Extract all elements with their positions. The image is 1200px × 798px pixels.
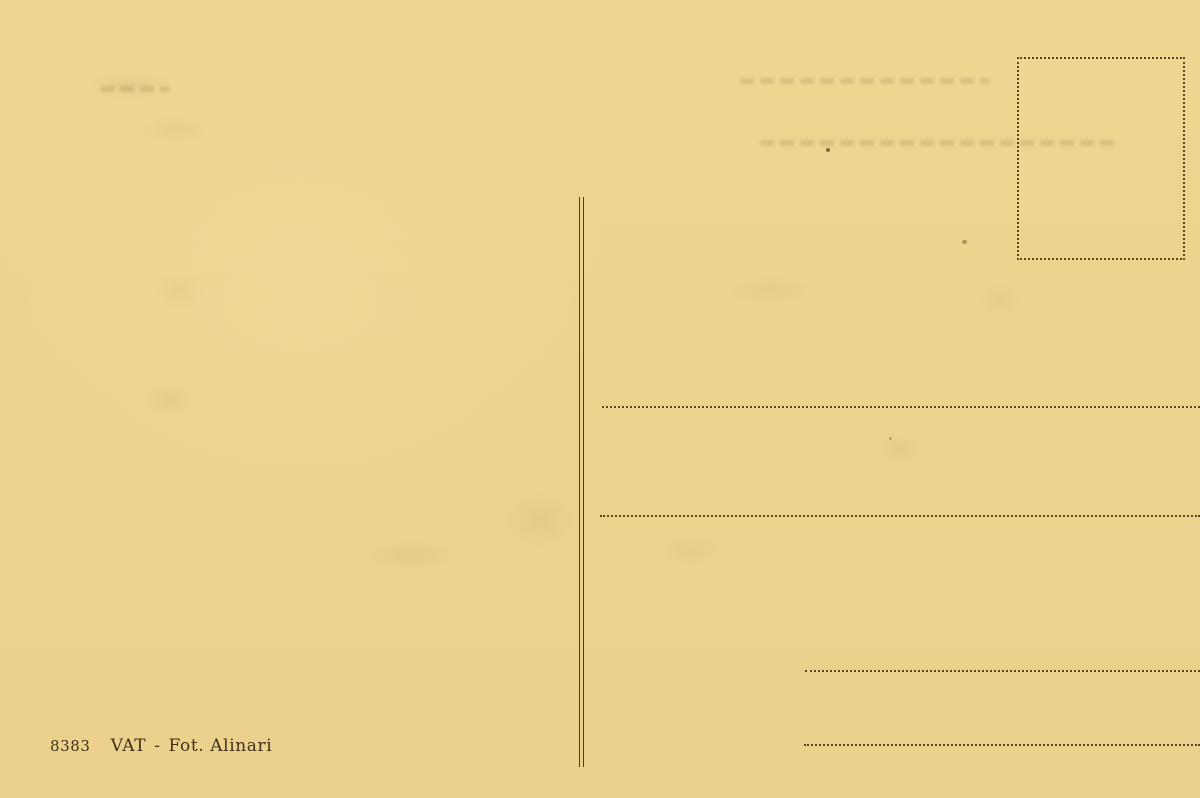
catalog-number: 8383 bbox=[50, 737, 91, 755]
center-divider-line bbox=[579, 197, 584, 767]
postcard-back: 8383VAT-Fot. Alinari bbox=[0, 0, 1200, 798]
stamp-box bbox=[1017, 57, 1185, 260]
address-line-3 bbox=[805, 670, 1200, 672]
ghost-text-mark bbox=[740, 78, 990, 84]
photo-credit: Fot. Alinari bbox=[169, 736, 273, 756]
address-line-2 bbox=[600, 515, 1200, 517]
caption-separator: - bbox=[154, 736, 160, 756]
paper-speck bbox=[889, 437, 892, 440]
publisher-caption: 8383VAT-Fot. Alinari bbox=[50, 736, 272, 756]
ghost-text-mark bbox=[100, 86, 170, 92]
address-line-4 bbox=[804, 744, 1200, 746]
publisher-code: VAT bbox=[111, 736, 147, 756]
paper-speck bbox=[826, 148, 830, 152]
address-line-1 bbox=[602, 406, 1200, 408]
paper-speck bbox=[962, 240, 967, 244]
